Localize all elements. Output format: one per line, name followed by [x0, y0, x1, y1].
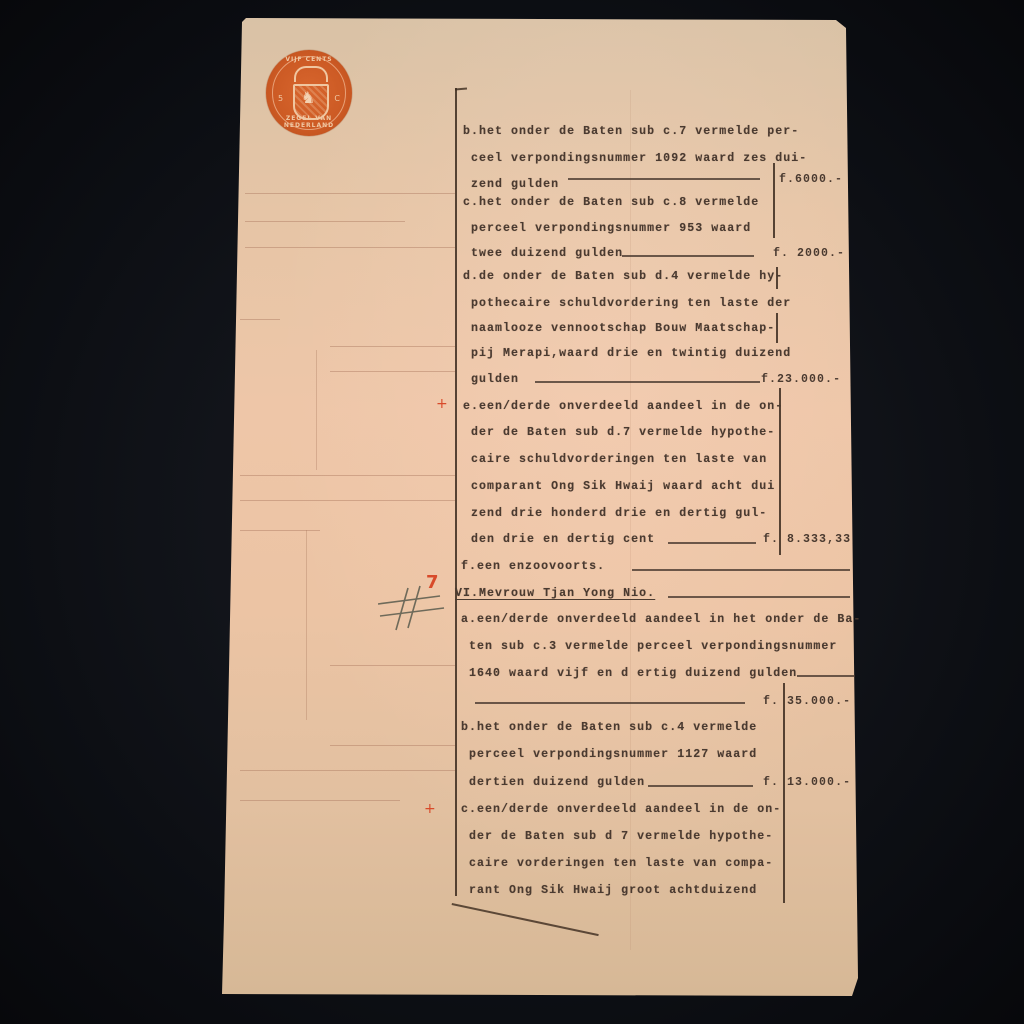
entry-b2-line-2: perceel verpondingsnummer 1127 waard	[461, 748, 757, 761]
red-number-mark: 7	[426, 572, 439, 593]
entry-e1-line-5: zend drie honderd drie en dertig gul-	[463, 507, 767, 520]
entry-a2-line-2: ten sub c.3 vermelde perceel verpondings…	[461, 640, 837, 653]
ruled-margin-line	[316, 350, 317, 470]
ruled-line	[330, 371, 455, 372]
pencil-hash-mark	[378, 578, 450, 634]
ruled-line	[330, 665, 455, 666]
ruled-line	[245, 247, 455, 248]
amount-column-line	[773, 163, 775, 238]
fill-dash	[632, 569, 850, 571]
entry-b2-amount: f. 13.000.-	[763, 776, 851, 789]
entry-d1-line-5: gulden	[463, 373, 519, 386]
entry-b1-line-1: b.het onder de Baten sub c.7 vermelde pe…	[463, 125, 799, 138]
fill-dash	[475, 702, 745, 704]
entry-e1-line-2: der de Baten sub d.7 vermelde hypothe-	[463, 426, 775, 439]
fill-dash	[568, 178, 760, 180]
entry-d1-line-3: naamlooze vennootschap Bouw Maatschap-	[463, 322, 775, 335]
fill-dash	[648, 785, 753, 787]
fill-dash	[668, 596, 850, 598]
entry-c2-line-2: der de Baten sub d 7 vermelde hypothe-	[461, 830, 773, 843]
entry-c2-line-3: caire vorderingen ten laste van compa-	[461, 857, 773, 870]
fill-dash	[622, 255, 754, 257]
left-border-line	[455, 88, 457, 896]
entry-e1-line-3: caire schuldvorderingen ten laste van	[463, 453, 767, 466]
entry-b2-line-1: b.het onder de Baten sub c.4 vermelde	[461, 721, 757, 734]
revenue-seal-stamp: VIJF CENTS 5 C ♞ ZEGEL VAN NEDERLAND	[266, 50, 352, 136]
fill-dash	[535, 381, 760, 383]
entry-c1-line-3: twee duizend gulden	[463, 247, 623, 260]
ruled-margin-line	[306, 530, 307, 720]
ruled-line	[330, 745, 455, 746]
amount-column-line	[779, 388, 781, 555]
amount-column-line	[783, 683, 785, 903]
seal-bottom-text: ZEGEL VAN NEDERLAND	[266, 115, 352, 129]
ruled-line	[240, 500, 455, 501]
entry-b1-amount: f.6000.-	[779, 173, 843, 186]
entry-c1-line-1: c.het onder de Baten sub c.8 vermelde	[463, 196, 759, 209]
entry-c1-line-2: perceel verpondingsnummer 953 waard	[463, 222, 751, 235]
entry-d1-amount: f.23.000.-	[761, 373, 841, 386]
seal-top-text: VIJF CENTS	[266, 56, 352, 63]
entry-c2-line-4: rant Ong Sik Hwaij groot achtduizend	[461, 884, 757, 897]
ruled-line	[330, 346, 455, 347]
entry-b2-line-3: dertien duizend gulden	[461, 776, 645, 789]
ruled-line	[240, 770, 455, 771]
fill-dash	[668, 542, 756, 544]
entry-d1-line-4: pij Merapi,waard drie en twintig duizend	[463, 347, 791, 360]
entry-a2-amount: f. 35.000.-	[763, 695, 851, 708]
entry-b1-line-3: zend gulden	[463, 178, 559, 191]
entry-e1-line-1: e.een/derde onverdeeld aandeel in de on-	[463, 400, 783, 413]
red-cross-mark: +	[424, 801, 436, 817]
entry-e1-line-4: comparant Ong Sik Hwaij waard acht dui	[463, 480, 775, 493]
entry-e1-line-6: den drie en dertig cent	[463, 533, 655, 546]
section-heading: VI.Mevrouw Tjan Yong Nio.	[455, 587, 655, 600]
entry-f1-line-1: f.een enzoovoorts.	[461, 560, 605, 573]
entry-c1-amount: f. 2000.-	[773, 247, 845, 260]
ruled-line	[240, 530, 320, 531]
seal-left-mark: 5	[278, 94, 283, 103]
ruled-margin-line	[630, 90, 631, 950]
crown-icon	[294, 66, 328, 82]
ruled-line	[245, 221, 405, 222]
amount-column-line	[776, 313, 778, 343]
seal-right-mark: C	[334, 94, 340, 103]
entry-a2-line-3: 1640 waard vijf en d ertig duizend gulde…	[461, 667, 797, 680]
ruled-line	[240, 475, 455, 476]
entry-b1-line-2: ceel verpondingsnummer 1092 waard zes du…	[463, 152, 807, 165]
entry-c2-line-1: c.een/derde onverdeeld aandeel in de on-	[461, 803, 781, 816]
ruled-line	[240, 319, 280, 320]
red-cross-mark: +	[436, 396, 448, 412]
entry-d1-line-1: d.de onder de Baten sub d.4 vermelde hy-	[463, 270, 783, 283]
entry-a2-line-1: a.een/derde onverdeeld aandeel in het on…	[461, 613, 861, 626]
lion-icon: ♞	[301, 90, 315, 106]
ruled-line	[240, 800, 400, 801]
ruled-line	[245, 193, 455, 194]
entry-e1-amount: f. 8.333,33	[763, 533, 851, 546]
entry-d1-line-2: pothecaire schuldvordering ten laste der	[463, 297, 791, 310]
fill-dash	[797, 675, 855, 677]
